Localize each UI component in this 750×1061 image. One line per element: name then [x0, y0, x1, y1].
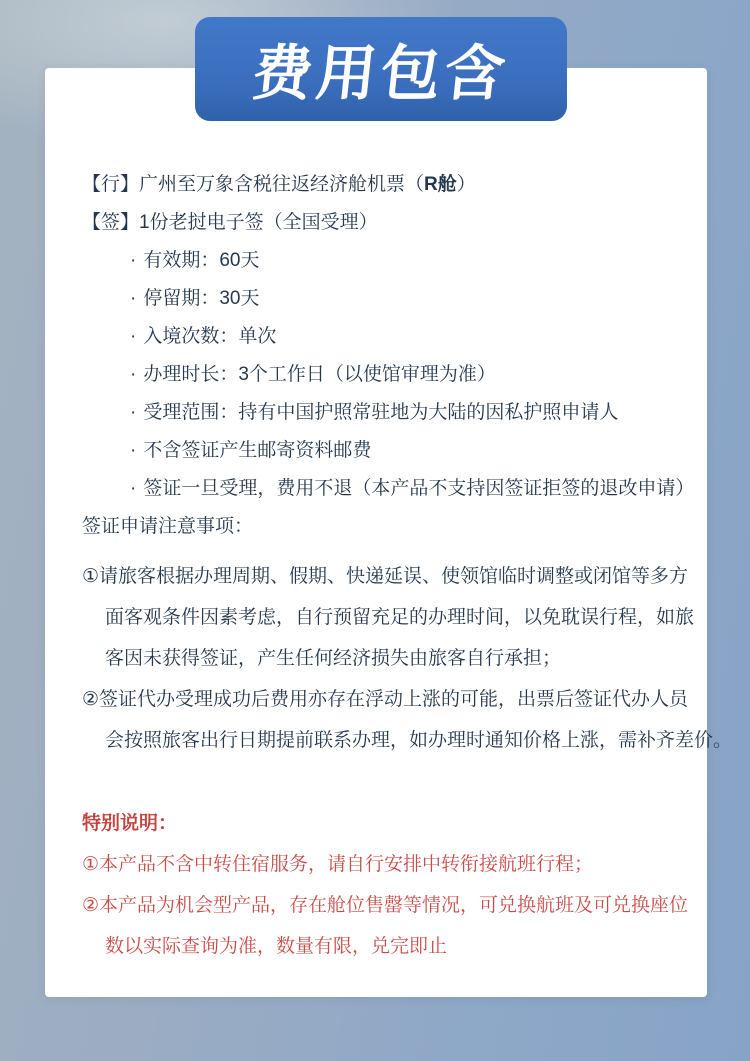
- visa-detail-text: 签证一旦受理，费用不退（本产品不支持因签证拒签的退改申请）: [143, 478, 694, 499]
- visa-notice-title: 签证申请注意事项：: [82, 508, 671, 546]
- visa-detail-text: 停留期：30天: [143, 288, 259, 309]
- special-notes-title: 特别说明：: [82, 803, 671, 844]
- special-note-2-line2: 数以实际查询为准，数量有限，兑完即止: [82, 926, 671, 967]
- visa-detail-item-stay: ·停留期：30天: [130, 280, 671, 318]
- visa-detail-text: 有效期：60天: [143, 250, 259, 271]
- notice2-line2: 会按照旅客出行日期提前联系办理，如办理时通知价格上涨，需补齐差价。: [82, 720, 671, 761]
- visa-include-line: 【签】1份老挝电子签（全国受理）: [82, 204, 671, 242]
- special-note-2-line1: ②本产品为机会型产品，存在舱位售罄等情况，可兑换航班及可兑换座位: [82, 885, 671, 926]
- flight-line-suffix: ）: [457, 174, 476, 195]
- bullet-marker: ·: [130, 470, 136, 508]
- bullet-marker: ·: [130, 394, 136, 432]
- page-background: 费用包含 【行】广州至万象含税往返经济舱机票（R舱） 【签】1份老挝电子签（全国…: [0, 0, 750, 1061]
- visa-detail-item-postage: ·不含签证产生邮寄资料邮费: [130, 432, 671, 470]
- bullet-marker: ·: [130, 280, 136, 318]
- bullet-marker: ·: [130, 356, 136, 394]
- visa-detail-text: 受理范围：持有中国护照常驻地为大陆的因私护照申请人: [143, 402, 618, 423]
- notice1-line3: 客因未获得签证，产生任何经济损失由旅客自行承担；: [82, 638, 671, 679]
- notice1-line1: ①请旅客根据办理周期、假期、快递延误、使领馆临时调整或闭馆等多方: [82, 556, 671, 597]
- bullet-marker: ·: [130, 432, 136, 470]
- visa-notice-paragraph-2: ②签证代办受理成功后费用亦存在浮动上涨的可能，出票后签证代办人员 会按照旅客出行…: [82, 679, 671, 761]
- notice1-line2: 面客观条件因素考虑，自行预留充足的办理时间，以免耽误行程，如旅: [82, 597, 671, 638]
- visa-detail-text: 办理时长：3个工作日（以使馆审理为准）: [143, 364, 496, 385]
- flight-include-line: 【行】广州至万象含税往返经济舱机票（R舱）: [82, 166, 671, 204]
- visa-detail-item-entries: ·入境次数：单次: [130, 318, 671, 356]
- section-header-banner: 费用包含: [195, 17, 567, 121]
- visa-notice-paragraph-1: ①请旅客根据办理周期、假期、快递延误、使领馆临时调整或闭馆等多方 面客观条件因素…: [82, 556, 671, 679]
- special-notes-section: 特别说明： ①本产品不含中转住宿服务，请自行安排中转衔接航班行程； ②本产品为机…: [82, 803, 671, 967]
- section-title: 费用包含: [248, 26, 513, 112]
- flight-line-prefix: 【行】广州至万象含税往返经济舱机票（: [82, 174, 424, 195]
- visa-detail-text: 不含签证产生邮寄资料邮费: [143, 440, 371, 461]
- visa-detail-item-validity: ·有效期：60天: [130, 242, 671, 280]
- bullet-marker: ·: [130, 318, 136, 356]
- fee-includes-card: 【行】广州至万象含税往返经济舱机票（R舱） 【签】1份老挝电子签（全国受理） ·…: [45, 68, 707, 997]
- visa-detail-text: 入境次数：单次: [143, 326, 276, 347]
- visa-detail-item-scope: ·受理范围：持有中国护照常驻地为大陆的因私护照申请人: [130, 394, 671, 432]
- special-note-1: ①本产品不含中转住宿服务，请自行安排中转衔接航班行程；: [82, 844, 671, 885]
- visa-detail-item-no-refund: ·签证一旦受理，费用不退（本产品不支持因签证拒签的退改申请）: [130, 470, 671, 508]
- cabin-class-emphasis: R舱: [424, 174, 457, 195]
- visa-detail-item-processing-time: ·办理时长：3个工作日（以使馆审理为准）: [130, 356, 671, 394]
- visa-detail-list: ·有效期：60天 ·停留期：30天 ·入境次数：单次 ·办理时长：3个工作日（以…: [82, 242, 671, 508]
- bullet-marker: ·: [130, 242, 136, 280]
- notice2-line1: ②签证代办受理成功后费用亦存在浮动上涨的可能，出票后签证代办人员: [82, 679, 671, 720]
